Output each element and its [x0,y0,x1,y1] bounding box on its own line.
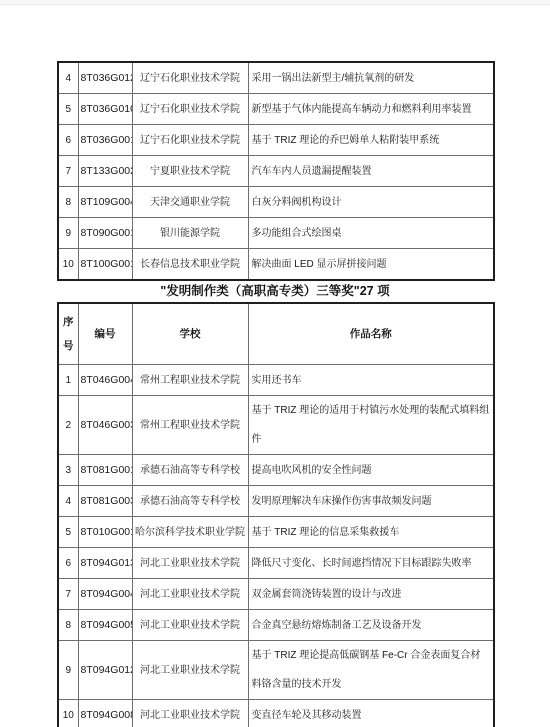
col-header-school: 学校 [132,303,248,365]
row-number: 8 [58,610,78,641]
page-top-edge [0,0,550,5]
table-row: 88T109G004天津交通职业学院白灰分料阀机构设计 [58,187,494,218]
row-number: 5 [58,517,78,548]
table-row: 88T094G005河北工业职业技术学院合金真空悬纺熔炼制备工艺及设备开发 [58,610,494,641]
col-header-work: 作品名称 [248,303,494,365]
school-name: 河北工业职业技术学院 [132,548,248,579]
work-title: 采用一锅出法新型主/辅抗氧剂的研发 [248,62,494,94]
table-header-row: 序号 编号 学校 作品名称 [58,303,494,365]
entry-code: 8T081G003 [78,486,132,517]
table-row: 28T046G003常州工程职业技术学院基于 TRIZ 理论的适用于村镇污水处理… [58,396,494,455]
table-row: 98T094G012河北工业职业技术学院基于 TRIZ 理论提高低碳钢基 Fe-… [58,641,494,700]
work-title: 基于 TRIZ 理论提高低碳钢基 Fe-Cr 合金表面复合材料铬含量的技术开发 [248,641,494,700]
entry-code: 8T010G001 [78,517,132,548]
row-number: 6 [58,125,78,156]
entry-code: 8T036G010 [78,94,132,125]
entry-code: 8T090G001 [78,218,132,249]
school-name: 常州工程职业技术学院 [132,365,248,396]
table-row: 108T094G008河北工业职业技术学院变直径车轮及其移动装置 [58,700,494,727]
row-number: 1 [58,365,78,396]
table-row: 78T094G004河北工业职业技术学院双金属套筒浇铸装置的设计与改进 [58,579,494,610]
school-name: 辽宁石化职业技术学院 [132,62,248,94]
row-number: 10 [58,700,78,727]
work-title: 多功能组合式绘图桌 [248,218,494,249]
entry-code: 8T109G004 [78,187,132,218]
row-number: 9 [58,218,78,249]
table-row: 58T010G001哈尔滨科学技术职业学院基于 TRIZ 理论的信息采集救援车 [58,517,494,548]
work-title: 解决曲面 LED 显示屏拼接问题 [248,249,494,281]
entry-code: 8T036G001 [78,125,132,156]
entry-code: 8T036G012 [78,62,132,94]
school-name: 常州工程职业技术学院 [132,396,248,455]
entry-code: 8T094G005 [78,610,132,641]
third-prize-awards-table: 序号 编号 学校 作品名称 18T046G004常州工程职业技术学院实用还书车2… [57,302,495,727]
work-title: 变直径车轮及其移动装置 [248,700,494,727]
row-number: 7 [58,579,78,610]
document-page: 48T036G012辽宁石化职业技术学院采用一锅出法新型主/辅抗氧剂的研发58T… [0,0,550,727]
work-title: 提高电吹风机的安全性问题 [248,455,494,486]
row-number: 9 [58,641,78,700]
school-name: 河北工业职业技术学院 [132,700,248,727]
table-row: 18T046G004常州工程职业技术学院实用还书车 [58,365,494,396]
entry-code: 8T094G012 [78,641,132,700]
school-name: 哈尔滨科学技术职业学院 [132,517,248,548]
table-row: 38T081G001承德石油高等专科学校提高电吹风机的安全性问题 [58,455,494,486]
school-name: 河北工业职业技术学院 [132,610,248,641]
table-row: 98T090G001银川能源学院多功能组合式绘图桌 [58,218,494,249]
work-title: 双金属套筒浇铸装置的设计与改进 [248,579,494,610]
work-title: 降低尺寸变化、长时间遮挡情况下目标跟踪失败率 [248,548,494,579]
table-row: 58T036G010辽宁石化职业技术学院新型基于气体内能提高车辆动力和燃料利用率… [58,94,494,125]
table-row: 68T094G013河北工业职业技术学院降低尺寸变化、长时间遮挡情况下目标跟踪失… [58,548,494,579]
work-title: 发明原理解决车床操作伤害事故频发问题 [248,486,494,517]
section-heading: "发明制作类（高职高专类）三等奖"27 项 [0,282,550,300]
entry-code: 8T094G004 [78,579,132,610]
entry-code: 8T094G013 [78,548,132,579]
school-name: 辽宁石化职业技术学院 [132,125,248,156]
col-header-code: 编号 [78,303,132,365]
row-number: 7 [58,156,78,187]
work-title: 新型基于气体内能提高车辆动力和燃料利用率装置 [248,94,494,125]
row-number: 8 [58,187,78,218]
table-row: 68T036G001辽宁石化职业技术学院基于 TRIZ 理论的乔巴姆单人粘附装甲… [58,125,494,156]
work-title: 基于 TRIZ 理论的信息采集救援车 [248,517,494,548]
col-header-index: 序号 [58,303,78,365]
entry-code: 8T094G008 [78,700,132,727]
row-number: 5 [58,94,78,125]
table-row: 78T133G002宁夏职业技术学院汽车车内人员遗漏提醒装置 [58,156,494,187]
work-title: 实用还书车 [248,365,494,396]
school-name: 天津交通职业学院 [132,187,248,218]
table-row: 48T036G012辽宁石化职业技术学院采用一锅出法新型主/辅抗氧剂的研发 [58,62,494,94]
school-name: 银川能源学院 [132,218,248,249]
school-name: 长春信息技术职业学院 [132,249,248,281]
school-name: 承德石油高等专科学校 [132,455,248,486]
awards-table-continued: 48T036G012辽宁石化职业技术学院采用一锅出法新型主/辅抗氧剂的研发58T… [57,61,495,281]
row-number: 3 [58,455,78,486]
entry-code: 8T046G004 [78,365,132,396]
school-name: 河北工业职业技术学院 [132,641,248,700]
row-number: 2 [58,396,78,455]
row-number: 4 [58,62,78,94]
school-name: 辽宁石化职业技术学院 [132,94,248,125]
entry-code: 8T081G001 [78,455,132,486]
row-number: 10 [58,249,78,281]
work-title: 汽车车内人员遗漏提醒装置 [248,156,494,187]
entry-code: 8T046G003 [78,396,132,455]
school-name: 宁夏职业技术学院 [132,156,248,187]
entry-code: 8T100G001 [78,249,132,281]
school-name: 承德石油高等专科学校 [132,486,248,517]
work-title: 白灰分料阀机构设计 [248,187,494,218]
table-row: 108T100G001长春信息技术职业学院解决曲面 LED 显示屏拼接问题 [58,249,494,281]
work-title: 合金真空悬纺熔炼制备工艺及设备开发 [248,610,494,641]
row-number: 4 [58,486,78,517]
school-name: 河北工业职业技术学院 [132,579,248,610]
work-title: 基于 TRIZ 理论的乔巴姆单人粘附装甲系统 [248,125,494,156]
entry-code: 8T133G002 [78,156,132,187]
work-title: 基于 TRIZ 理论的适用于村镇污水处理的装配式填料组件 [248,396,494,455]
row-number: 6 [58,548,78,579]
table-row: 48T081G003承德石油高等专科学校发明原理解决车床操作伤害事故频发问题 [58,486,494,517]
